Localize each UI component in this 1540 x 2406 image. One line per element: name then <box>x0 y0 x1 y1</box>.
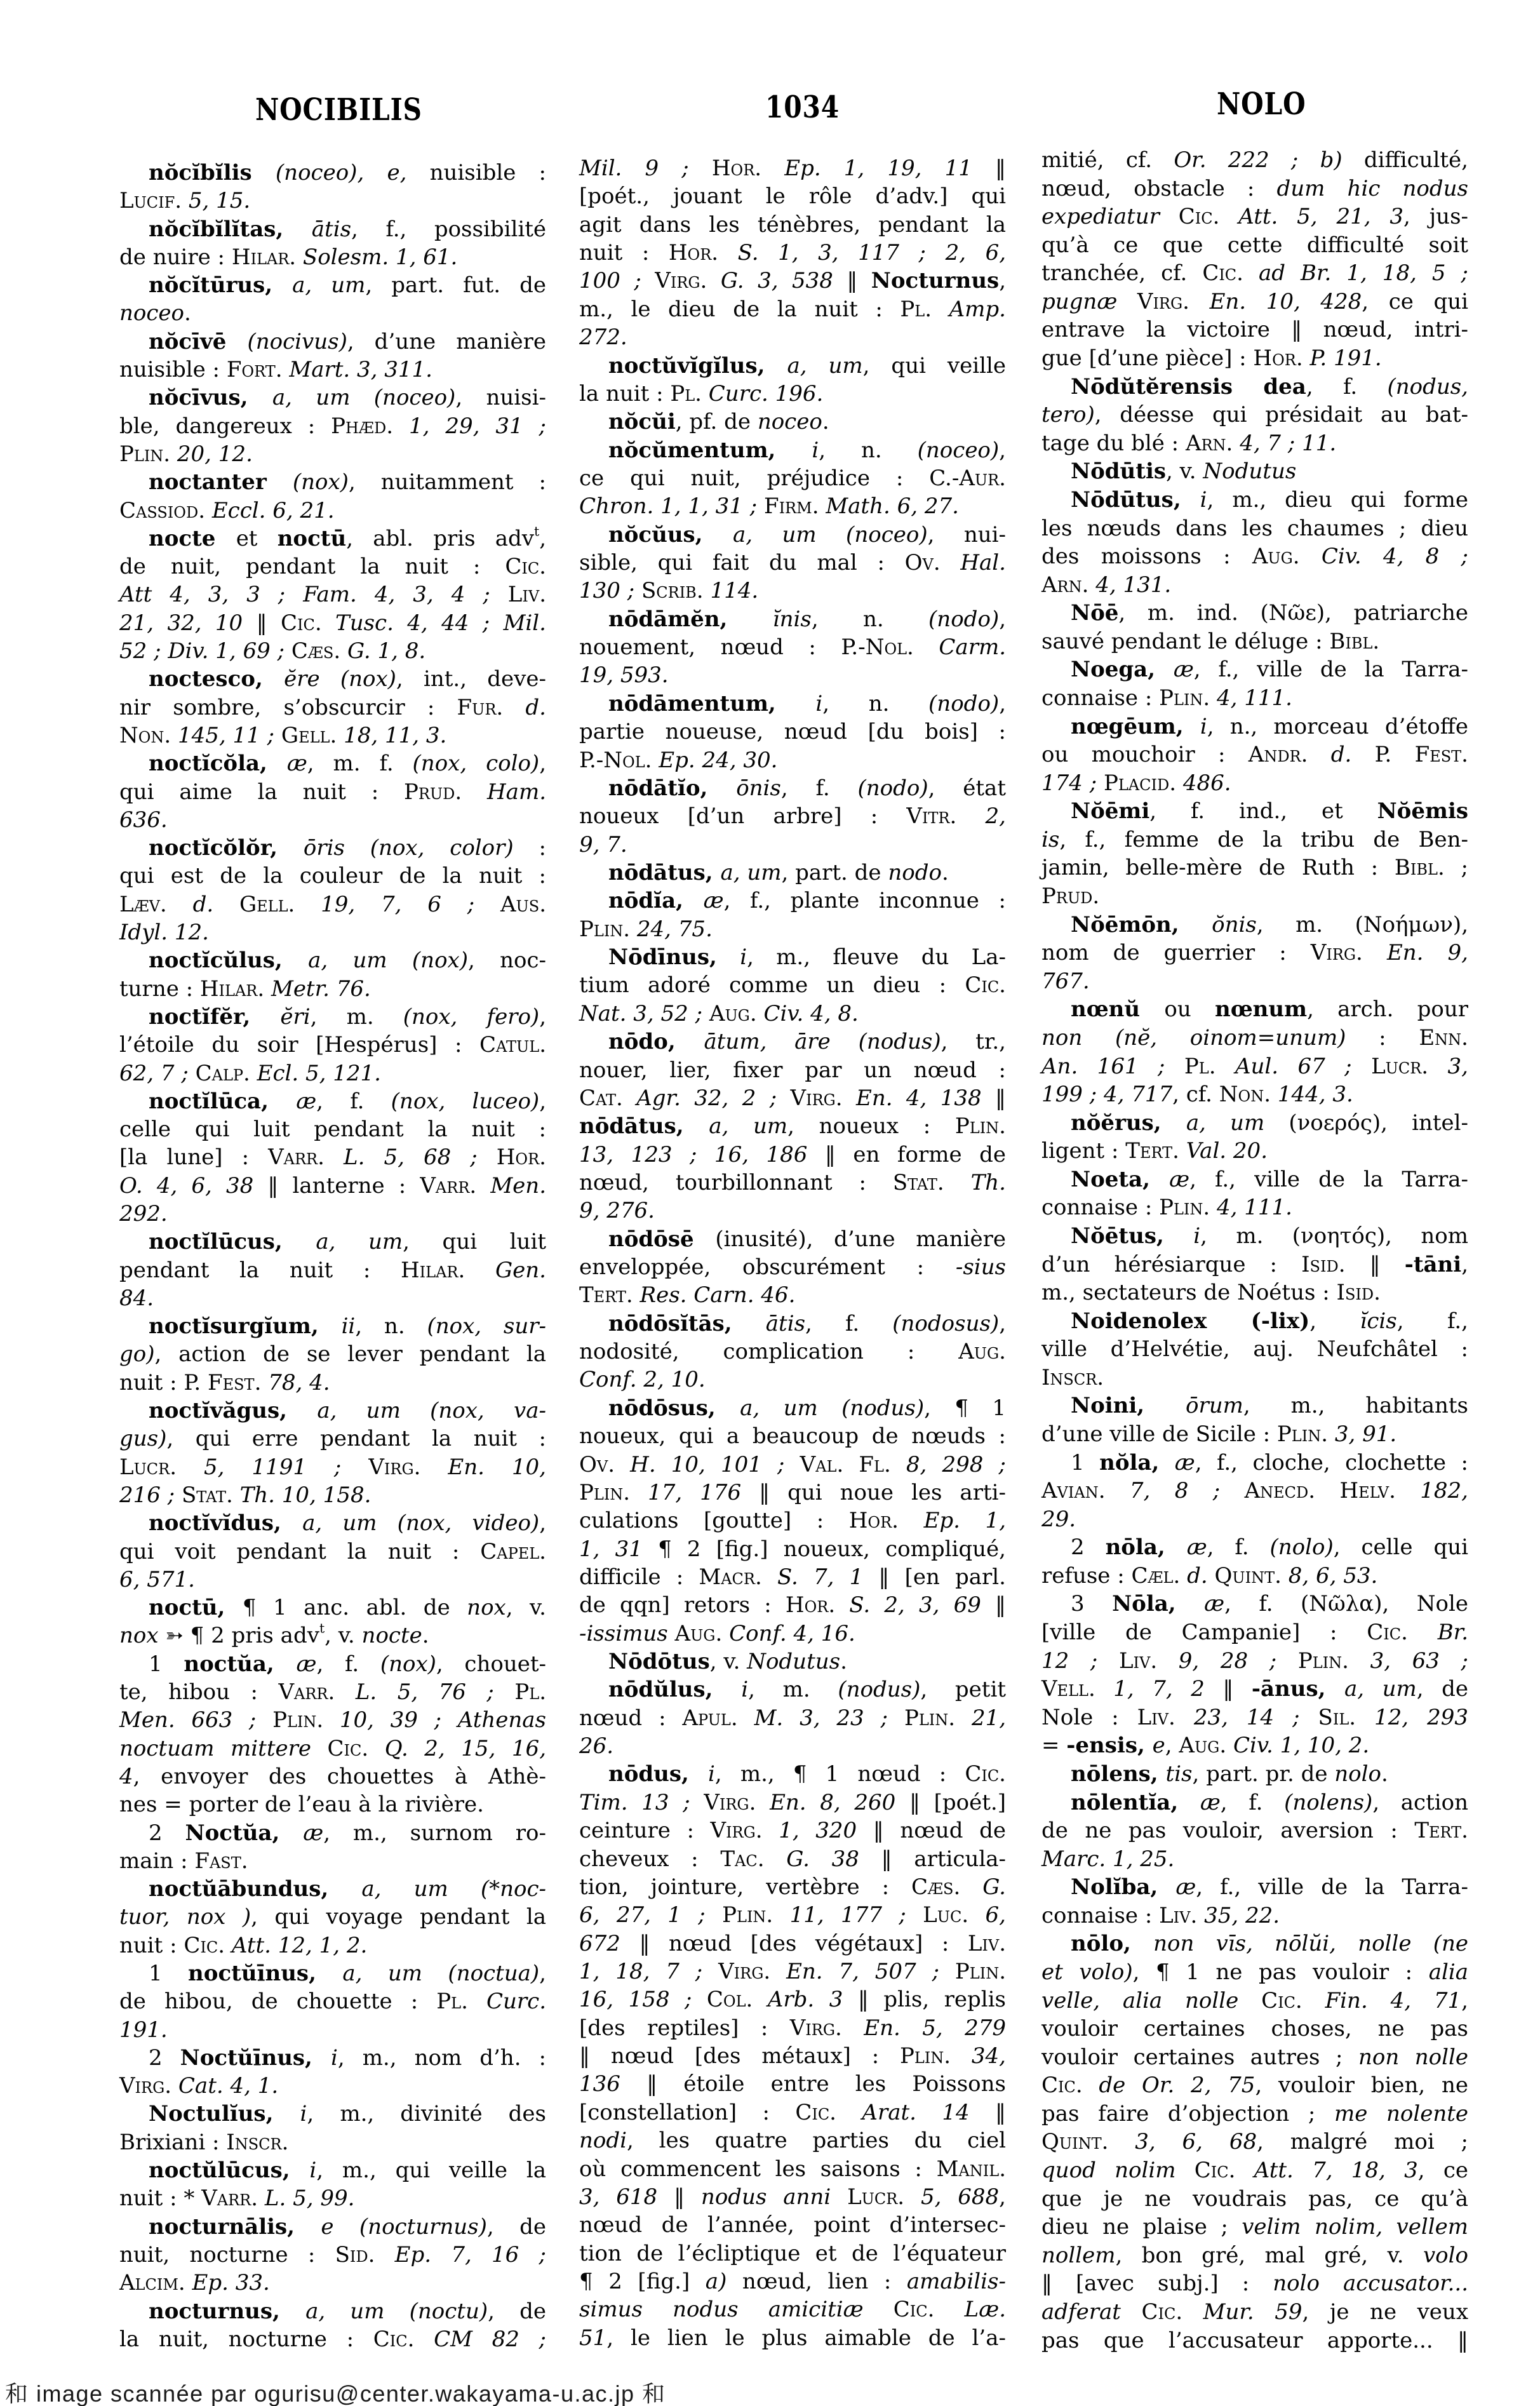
entry-line: nōlo, non vīs, nōlŭi, nolle (ne <box>1041 1930 1468 1958</box>
entry-line: Plin. 24, 75. <box>579 915 1006 943</box>
entry-line: gus), qui erre pendant la nuit : <box>119 1425 546 1453</box>
entry-line: entrave la victoire ‖ nœud, intri- <box>1041 316 1468 344</box>
entry-line: 16, 158 ; Col. Arb. 3 ‖ plis, replis <box>579 1986 1006 2013</box>
dictionary-entry: nōdātĭo, ōnis, f. (nodo), étatnoueux [d’… <box>579 774 1006 859</box>
entry-line: Nat. 3, 52 ; Aug. Civ. 4, 8. <box>579 1000 1006 1028</box>
entry-line: noctĭsurgĭum, ii, n. (nox, sur- <box>119 1312 546 1340</box>
entry-line: Brixiani : Inscr. <box>119 2128 546 2156</box>
entry-line: nōdōsĭtās, ātis, f. (nodosus), <box>579 1310 1006 1338</box>
entry-line: 216 ; Stat. Th. 10, 158. <box>119 1481 546 1509</box>
dictionary-entry: 1 noctŭīnus, a, um (noctua),de hibou, de… <box>119 1959 546 2044</box>
entry-line: qui aime la nuit : Prud. Ham. <box>119 778 546 806</box>
entry-line: 292. <box>119 1200 546 1228</box>
dictionary-entry: noctĭfĕr, ĕri, m. (nox, fero),l’étoile d… <box>119 1003 546 1087</box>
entry-line: Cic. de Or. 2, 75, vouloir bien, ne <box>1041 2071 1468 2100</box>
entry-line: Læv. d. Gell. 19, 7, 6 ; Aus. <box>119 890 546 918</box>
dictionary-entry: Noega, æ, f., ville de la Tarra-connaise… <box>1041 655 1468 712</box>
entry-line: tion de l’écliptique et de l’équateur <box>579 2240 1006 2268</box>
entry-line: partie noueuse, nœud [du bois] : <box>579 718 1006 746</box>
entry-line: nŏcĭtūrus, a, um, part. fut. de <box>119 271 546 299</box>
entry-line: simus nodus amicitiæ Cic. Læ. <box>579 2295 1006 2323</box>
dictionary-entry: noctĭcŏla, æ, m. f. (nox, colo),qui aime… <box>119 749 546 834</box>
entry-line: noctĭcŭlus, a, um (nox), noc- <box>119 946 546 974</box>
running-head-first-entry: NOCIBILIS <box>255 95 422 125</box>
entry-line: qui voit pendant la nuit : Capel. <box>119 1538 546 1566</box>
entry-line: cheveux : Tac. G. 38 ‖ articula- <box>579 1845 1006 1873</box>
entry-line: nes = porter de l’eau à la rivière. <box>119 1791 546 1818</box>
entry-line: nocturnālis, e (nocturnus), de <box>119 2213 546 2241</box>
entry-line: dieu ne plaise ; velim nolim, vellem <box>1041 2213 1468 2241</box>
entry-line: te, hibou : Varr. L. 5, 76 ; Pl. <box>119 1678 546 1706</box>
dictionary-column-right: mitié, cf. Or. 222 ; b) difficulté,nœud,… <box>1041 146 1468 2355</box>
entry-line: [poét., jouant le rôle d’adv.] qui <box>579 182 1006 210</box>
dictionary-entry: Noeta, æ, f., ville de la Tarra-connaise… <box>1041 1166 1468 1222</box>
entry-line: -issimus Aug. Conf. 4, 16. <box>579 1620 1006 1648</box>
running-head-last-entry: NOLO <box>1217 89 1306 119</box>
entry-line: 62, 7 ; Calp. Ecl. 5, 121. <box>119 1059 546 1087</box>
entry-line: connaise : Plin. 4, 111. <box>1041 1193 1468 1222</box>
entry-line: nuisible : Fort. Mart. 3, 311. <box>119 356 546 384</box>
entry-line: de nuit, pendant la nuit : Cic. <box>119 553 546 581</box>
dictionary-entry: 3 Nōla, æ, f. (Νῶλα), Nole[ville de Camp… <box>1041 1590 1468 1759</box>
dictionary-entry: noctĭcŭlus, a, um (nox), noc-turne : Hil… <box>119 946 546 1003</box>
entry-line: agit dans les ténèbres, pendant la <box>579 211 1006 239</box>
dictionary-entry: 1 nŏla, æ, f., cloche, clochette :Avian.… <box>1041 1449 1468 1534</box>
entry-line: Virg. Cat. 4, 1. <box>119 2072 546 2100</box>
dictionary-entry: nŏcĭbĭlĭtas, ātis, f., possibilitéde nui… <box>119 215 546 272</box>
page-number: 1034 <box>765 92 840 123</box>
dictionary-entry: noctĭlūcus, a, um, qui luitpendant la nu… <box>119 1228 546 1312</box>
entry-line: tage du blé : Arn. 4, 7 ; 11. <box>1041 429 1468 458</box>
entry-line: = -ensis, e, Aug. Civ. 1, 10, 2. <box>1041 1731 1468 1760</box>
dictionary-entry: noctesco, ĕre (nox), int., deve-nir somb… <box>119 665 546 749</box>
dictionary-entry: nōlens, tis, part. pr. de nolo. <box>1041 1760 1468 1789</box>
entry-line: 12 ; Liv. 9, 28 ; Plin. 3, 63 ; <box>1041 1647 1468 1676</box>
entry-line: nōdāmentum, i, n. (nodo), <box>579 690 1006 718</box>
entry-line: non (nĕ, oinom=unum) : Enn. <box>1041 1024 1468 1052</box>
entry-line: tium adoré comme un dieu : Cic. <box>579 971 1006 999</box>
entry-line: noctesco, ĕre (nox), int., deve- <box>119 665 546 693</box>
dictionary-entry: nōdāmĕn, ĭnis, n. (nodo),nouement, nœud … <box>579 605 1006 690</box>
entry-line: nuit : Cic. Att. 12, 1, 2. <box>119 1932 546 1959</box>
entry-line: Cassiod. Eccl. 6, 21. <box>119 497 546 525</box>
entry-line: nōdōsē (inusité), d’une manière <box>579 1225 1006 1253</box>
entry-line: nōlens, tis, part. pr. de nolo. <box>1041 1760 1468 1789</box>
entry-line: nōlentĭa, æ, f. (nolens), action <box>1041 1789 1468 1817</box>
entry-line: nox ➳ ¶ 2 pris advt, v. nocte. <box>119 1622 546 1650</box>
entry-line: 29. <box>1041 1505 1468 1534</box>
entry-line: Lucr. 5, 1191 ; Virg. En. 10, <box>119 1453 546 1481</box>
dictionary-entry: nōlentĭa, æ, f. (nolens), actionde ne pa… <box>1041 1789 1468 1874</box>
entry-line: de qqn] retors : Hor. S. 2, 3, 69 ‖ <box>579 1591 1006 1619</box>
dictionary-entry: nōdātus, a, um, part. de nodo. <box>579 859 1006 887</box>
entry-line: Tert. Res. Carn. 46. <box>579 1281 1006 1309</box>
entry-line: nouer, lier, fixer par un nœud : <box>579 1056 1006 1084</box>
entry-line: velle, alia nolle Cic. Fin. 4, 71, <box>1041 1987 1468 2015</box>
entry-line: Cat. Agr. 32, 2 ; Virg. En. 4, 138 ‖ <box>579 1084 1006 1112</box>
entry-line: O. 4, 6, 38 ‖ lanterne : Varr. Men. <box>119 1172 546 1200</box>
entry-line: difficile : Macr. S. 7, 1 ‖ [en parl. <box>579 1563 1006 1591</box>
entry-line: go), action de se lever pendant la <box>119 1340 546 1368</box>
dictionary-entry: Nōdōtus, v. Nodutus. <box>579 1648 1006 1676</box>
entry-line: 1, 31 ¶ 2 [fig.] noueux, compliqué, <box>579 1535 1006 1563</box>
entry-line: nouement, nœud : P.-Nol. Carm. <box>579 633 1006 661</box>
entry-line: noctanter (nox), nuitamment : <box>119 468 546 496</box>
entry-line: Nŏētus, i, m. (νοητός), nom <box>1041 1222 1468 1251</box>
entry-line: Prud. <box>1041 882 1468 911</box>
entry-line: 1, 18, 7 ; Virg. En. 7, 507 ; Plin. <box>579 1958 1006 1986</box>
dictionary-entry: noctŭvĭgĭlus, a, um, qui veillela nuit :… <box>579 352 1006 408</box>
entry-line: noueux [d’un arbre] : Vitr. 2, <box>579 802 1006 830</box>
entry-line: noctĭcŏlŏr, ōris (nox, color) : <box>119 834 546 862</box>
entry-line: Noctulĭus, i, m., divinité des <box>119 2100 546 2128</box>
entry-line: Nole : Liv. 23, 14 ; Sil. 12, 293 <box>1041 1704 1468 1732</box>
entry-line: tuor, nox ), qui voyage pendant la <box>119 1903 546 1931</box>
entry-line: 2 Noctŭīnus, i, m., nom d’h. : <box>119 2044 546 2072</box>
entry-line: ce qui nuit, préjudice : C.-Aur. <box>579 464 1006 492</box>
entry-line: nuit, nocturne : Sid. Ep. 7, 16 ; <box>119 2241 546 2269</box>
entry-line: Nōē, m. ind. (Νῶε), patriarche <box>1041 599 1468 628</box>
entry-line: 9, 276. <box>579 1197 1006 1225</box>
entry-line: [ville de Campanie] : Cic. Br. <box>1041 1618 1468 1647</box>
entry-line: nollem, bon gré, mal gré, v. volo <box>1041 2241 1468 2270</box>
entry-line: Tim. 13 ; Virg. En. 8, 260 ‖ [poét.] <box>579 1789 1006 1817</box>
entry-line: Nolĭba, æ, f., ville de la Tarra- <box>1041 1873 1468 1902</box>
entry-line: 199 ; 4, 717, cf. Non. 144, 3. <box>1041 1080 1468 1109</box>
dictionary-entry: nōdŭlus, i, m. (nodus), petitnœud : Apul… <box>579 1676 1006 1760</box>
entry-line: noctĭvĭdus, a, um (nox, video), <box>119 1509 546 1537</box>
entry-line: P.-Nol. Ep. 24, 30. <box>579 746 1006 774</box>
dictionary-entry: noctanter (nox), nuitamment :Cassiod. Ec… <box>119 468 546 525</box>
dictionary-entry: nocturnus, a, um (noctu), dela nuit, noc… <box>119 2297 546 2354</box>
entry-line: 636. <box>119 806 546 834</box>
entry-line: 272. <box>579 323 1006 351</box>
dictionary-entry: nŏcŭus, a, um (noceo), nui-sible, qui fa… <box>579 521 1006 605</box>
dictionary-entry: nocturnālis, e (nocturnus), denuit, noct… <box>119 2213 546 2297</box>
entry-line: d’un hérésiarque : Isid. ‖ -tāni, <box>1041 1251 1468 1279</box>
dictionary-entry: Nŏētus, i, m. (νοητός), nomd’un hérésiar… <box>1041 1222 1468 1307</box>
entry-line: Nŏēmi, f. ind., et Nŏēmis <box>1041 797 1468 826</box>
entry-line: sauvé pendant le déluge : Bibl. <box>1041 628 1468 656</box>
entry-line: quod nolim Cic. Att. 7, 18, 3, ce <box>1041 2156 1468 2185</box>
entry-line: qui est de la couleur de la nuit : <box>119 862 546 890</box>
entry-line: ville d’Helvétie, auj. Neufchâtel : <box>1041 1335 1468 1364</box>
entry-line: que je ne voudrais pas, ce qu’à <box>1041 2185 1468 2214</box>
dictionary-entry: noctĭlūca, æ, f. (nox, luceo),celle qui … <box>119 1087 546 1228</box>
entry-line: Vell. 1, 7, 2 ‖ -ānus, a, um, de <box>1041 1675 1468 1704</box>
entry-line: nœud : Apul. M. 3, 23 ; Plin. 21, <box>579 1704 1006 1732</box>
entry-line: ou mouchoir : Andr. d. P. Fest. <box>1041 741 1468 769</box>
entry-line: noceo. <box>119 299 546 327</box>
entry-line: nōdo, ātum, āre (nodus), tr., <box>579 1028 1006 1056</box>
dictionary-entry: noctĭvĭdus, a, um (nox, video),qui voit … <box>119 1509 546 1594</box>
entry-line: [constellation] : Cic. Arat. 14 ‖ <box>579 2099 1006 2127</box>
entry-line: de hibou, de chouette : Pl. Curc. <box>119 1987 546 2015</box>
entry-line: nuit : Hor. S. 1, 3, 117 ; 2, 6, <box>579 239 1006 267</box>
entry-line: 26. <box>579 1732 1006 1760</box>
dictionary-column-middle: Mil. 9 ; Hor. Ep. 1, 19, 11 ‖[poét., jou… <box>579 154 1006 2352</box>
entry-line: noctŭābundus, a, um (*noc- <box>119 1875 546 1903</box>
entry-line: ble, dangereux : Phæd. 1, 29, 31 ; <box>119 412 546 440</box>
entry-line: pugnæ Virg. En. 10, 428, ce qui <box>1041 288 1468 316</box>
dictionary-entry: nŏĕrus, a, um (νοερός), intel-ligent : T… <box>1041 1109 1468 1166</box>
entry-line: Nōdŭtĕrensis dea, f. (nodus, <box>1041 373 1468 401</box>
entry-line: vouloir certaines choses, ne pas <box>1041 2015 1468 2043</box>
entry-line: Att 4, 3, 3 ; Fam. 4, 3, 4 ; Liv. <box>119 581 546 608</box>
entry-line: Mil. 9 ; Hor. Ep. 1, 19, 11 ‖ <box>579 154 1006 182</box>
entry-line: 3, 618 ‖ nodus anni Lucr. 5, 688, <box>579 2183 1006 2211</box>
entry-line: la nuit, nocturne : Cic. CM 82 ; <box>119 2325 546 2353</box>
entry-line: noctuam mittere Cic. Q. 2, 15, 16, <box>119 1735 546 1763</box>
dictionary-entry: noctŭābundus, a, um (*noc-tuor, nox ), q… <box>119 1875 546 1959</box>
entry-line: Nōdūtus, i, m., dieu qui forme <box>1041 486 1468 514</box>
entry-line: ‖ nœud [des métaux] : Plin. 34, <box>579 2042 1006 2070</box>
entry-line: 672 ‖ nœud [des végétaux] : Liv. <box>579 1930 1006 1958</box>
dictionary-entry: noctĭcŏlŏr, ōris (nox, color) :qui est d… <box>119 834 546 946</box>
entry-line: nom de guerrier : Virg. En. 9, <box>1041 939 1468 967</box>
entry-line: 6, 27, 1 ; Plin. 11, 177 ; Luc. 6, <box>579 1901 1006 1929</box>
entry-line: 52 ; Div. 1, 69 ; Cæs. G. 1, 8. <box>119 637 546 665</box>
entry-line: de nuire : Hilar. Solesm. 1, 61. <box>119 243 546 271</box>
entry-line: nuit : P. Fest. 78, 4. <box>119 1369 546 1397</box>
entry-line: 3 Nōla, æ, f. (Νῶλα), Nole <box>1041 1590 1468 1618</box>
entry-line: jamin, belle-mère de Ruth : Bibl. ; <box>1041 854 1468 882</box>
entry-line: tero), déesse qui présidait au bat- <box>1041 401 1468 429</box>
dictionary-entry: nœnŭ ou nœnum, arch. pournon (nĕ, oinom=… <box>1041 995 1468 1108</box>
entry-line: la nuit : Pl. Curc. 196. <box>579 380 1006 408</box>
entry-line: nœud, tourbillonnant : Stat. Th. <box>579 1169 1006 1197</box>
dictionary-entry: Nōdŭtĕrensis dea, f. (nodus,tero), déess… <box>1041 373 1468 458</box>
dictionary-entry: Mil. 9 ; Hor. Ep. 1, 19, 11 ‖[poét., jou… <box>579 154 1006 352</box>
dictionary-entry: nōdĭa, æ, f., plante inconnue :Plin. 24,… <box>579 887 1006 943</box>
entry-line: noctĭfĕr, ĕri, m. (nox, fero), <box>119 1003 546 1031</box>
dictionary-entry: noctĭsurgĭum, ii, n. (nox, sur-go), acti… <box>119 1312 546 1397</box>
entry-line: où commencent les saisons : Manil. <box>579 2155 1006 2183</box>
dictionary-entry: Nŏēmi, f. ind., et Nŏēmisis, f., femme d… <box>1041 797 1468 910</box>
entry-line: 1 nŏla, æ, f., cloche, clochette : <box>1041 1449 1468 1477</box>
entry-line: celle qui luit pendant la nuit : <box>119 1115 546 1143</box>
entry-line: 100 ; Virg. G. 3, 538 ‖ Nocturnus, <box>579 267 1006 295</box>
dictionary-entry: nōdus, i, m., ¶ 1 nœud : Cic.Tim. 13 ; V… <box>579 1760 1006 2352</box>
entry-line: nŏcĭbĭlis (noceo), e, nuisible : <box>119 159 546 187</box>
entry-line: nœgēum, i, n., morceau d’étoffe <box>1041 713 1468 741</box>
entry-line: Plin. 17, 176 ‖ qui noue les arti- <box>579 1479 1006 1507</box>
entry-line: 2 Noctŭa, æ, m., surnom ro- <box>119 1819 546 1847</box>
entry-line: culations [goutte] : Hor. Ep. 1, <box>579 1507 1006 1535</box>
entry-line: noctŭlūcus, i, m., qui veille la <box>119 2156 546 2184</box>
dictionary-entry: Nolĭba, æ, f., ville de la Tarra-connais… <box>1041 1873 1468 1930</box>
entry-line: connaise : Plin. 4, 111. <box>1041 684 1468 713</box>
entry-line: nōdŭlus, i, m. (nodus), petit <box>579 1676 1006 1704</box>
dictionary-entry: nōdōsĭtās, ātis, f. (nodosus),nodosité, … <box>579 1310 1006 1394</box>
entry-line: 2 nōla, æ, f. (nolo), celle qui <box>1041 1533 1468 1562</box>
entry-line: pas que l’accusateur apporte... ‖ <box>1041 2327 1468 2355</box>
dictionary-entry: nōdōsē (inusité), d’une manièreenveloppé… <box>579 1225 1006 1310</box>
entry-line: des moissons : Aug. Civ. 4, 8 ; <box>1041 542 1468 571</box>
dictionary-entry: mitié, cf. Or. 222 ; b) difficulté,nœud,… <box>1041 146 1468 373</box>
entry-line: turne : Hilar. Metr. 76. <box>119 975 546 1003</box>
entry-line: Alcim. Ep. 33. <box>119 2269 546 2297</box>
entry-line: noctū, ¶ 1 anc. abl. de nox, v. <box>119 1594 546 1622</box>
entry-line: main : Fast. <box>119 1847 546 1875</box>
entry-line: 9, 7. <box>579 831 1006 859</box>
entry-line: m., le dieu de la nuit : Pl. Amp. <box>579 295 1006 323</box>
entry-line: Noega, æ, f., ville de la Tarra- <box>1041 655 1468 684</box>
entry-line: 13, 123 ; 16, 186 ‖ en forme de <box>579 1141 1006 1169</box>
dictionary-entry: noctŭlūcus, i, m., qui veille lanuit : *… <box>119 2156 546 2213</box>
entry-line: nŏĕrus, a, um (νοερός), intel- <box>1041 1109 1468 1138</box>
entry-line: nuit : * Varr. L. 5, 99. <box>119 2184 546 2212</box>
entry-line: 21, 32, 10 ‖ Cic. Tusc. 4, 44 ; Mil. <box>119 609 546 637</box>
dictionary-entry: Nōdīnus, i, m., fleuve du La-tium adoré … <box>579 943 1006 1028</box>
entry-line: enveloppée, obscurément : -sius <box>579 1253 1006 1281</box>
entry-line: qu’à ce que cette difficulté soit <box>1041 231 1468 260</box>
entry-line: noueux, qui a beaucoup de nœuds : <box>579 1422 1006 1450</box>
dictionary-entry: 2 Noctŭīnus, i, m., nom d’h. :Virg. Cat.… <box>119 2044 546 2100</box>
entry-line: 174 ; Placid. 486. <box>1041 769 1468 798</box>
entry-line: nœud, obstacle : dum hic nodus <box>1041 175 1468 203</box>
entry-line: et volo), ¶ 1 ne pas vouloir : alia <box>1041 1958 1468 1987</box>
entry-line: nŏcīvē (nocivus), d’une manière <box>119 328 546 356</box>
entry-line: refuse : Cæl. d. Quint. 8, 6, 53. <box>1041 1562 1468 1590</box>
dictionary-entry: Nŏēmōn, ŏnis, m. (Νοήμων),nom de guerrie… <box>1041 911 1468 996</box>
entry-line: expediatur Cic. Att. 5, 21, 3, jus- <box>1041 203 1468 231</box>
entry-line: Ov. H. 10, 101 ; Val. Fl. 8, 298 ; <box>579 1451 1006 1479</box>
entry-line: Conf. 2, 10. <box>579 1366 1006 1394</box>
dictionary-entry: Noini, ōrum, m., habitantsd’une ville de… <box>1041 1392 1468 1448</box>
entry-line: 767. <box>1041 967 1468 996</box>
entry-line: nŏcŭus, a, um (noceo), nui- <box>579 521 1006 549</box>
entry-line: 6, 571. <box>119 1566 546 1594</box>
entry-line: Quint. 3, 6, 68, malgré moi ; <box>1041 2128 1468 2156</box>
dictionary-entry: noctĭvăgus, a, um (nox, va-gus), qui err… <box>119 1397 546 1509</box>
dictionary-entry: 2 nōla, æ, f. (nolo), celle quirefuse : … <box>1041 1533 1468 1590</box>
entry-line: Idyl. 12. <box>119 918 546 946</box>
entry-line: d’une ville de Sicile : Plin. 3, 91. <box>1041 1420 1468 1449</box>
entry-line: 4, envoyer des chouettes à Athè- <box>119 1763 546 1791</box>
dictionary-entry: nŏcŭmentum, i, n. (noceo),ce qui nuit, p… <box>579 436 1006 521</box>
entry-line: noctŭvĭgĭlus, a, um, qui veille <box>579 352 1006 380</box>
dictionary-entry: Nōdūtus, i, m., dieu qui formeles nœuds … <box>1041 486 1468 599</box>
dictionary-entry: nocte et noctū, abl. pris advt,de nuit, … <box>119 525 546 665</box>
entry-line: connaise : Liv. 35, 22. <box>1041 1902 1468 1930</box>
entry-line: pas faire d’objection ; me nolente <box>1041 2100 1468 2128</box>
entry-line: 84. <box>119 1284 546 1312</box>
entry-line: nocte et noctū, abl. pris advt, <box>119 525 546 553</box>
entry-line: ceinture : Virg. 1, 320 ‖ nœud de <box>579 1817 1006 1845</box>
entry-line: l’étoile du soir [Hespérus] : Catul. <box>119 1031 546 1059</box>
dictionary-page: NOCIBILIS 1034 NOLO nŏcĭbĭlis (noceo), e… <box>0 0 1540 2406</box>
entry-line: Non. 145, 11 ; Gell. 18, 11, 3. <box>119 722 546 749</box>
entry-line: tion, jointure, vertèbre : Cæs. G. <box>579 1873 1006 1901</box>
entry-line: gue [d’une pièce] : Hor. P. 191. <box>1041 344 1468 373</box>
dictionary-entry: Noctulĭus, i, m., divinité desBrixiani :… <box>119 2100 546 2156</box>
entry-line: 1 noctŭa, æ, f. (nox), chouet- <box>119 1650 546 1678</box>
entry-line: Noeta, æ, f., ville de la Tarra- <box>1041 1166 1468 1194</box>
entry-line: 130 ; Scrib. 114. <box>579 577 1006 605</box>
entry-line: [des reptiles] : Virg. En. 5, 279 <box>579 2014 1006 2042</box>
entry-line: nōdāmĕn, ĭnis, n. (nodo), <box>579 605 1006 633</box>
entry-line: noctĭlūcus, a, um, qui luit <box>119 1228 546 1256</box>
entry-line: m., sectateurs de Noétus : Isid. <box>1041 1279 1468 1307</box>
entry-line: An. 161 ; Pl. Aul. 67 ; Lucr. 3, <box>1041 1052 1468 1081</box>
entry-line: tranchée, cf. Cic. ad Br. 1, 18, 5 ; <box>1041 259 1468 288</box>
entry-line: nŏcĭbĭlĭtas, ātis, f., possibilité <box>119 215 546 243</box>
entry-line: nodi, les quatre parties du ciel <box>579 2127 1006 2154</box>
entry-line: Avian. 7, 8 ; Anecd. Helv. 182, <box>1041 1477 1468 1505</box>
entry-line: [la lune] : Varr. L. 5, 68 ; Hor. <box>119 1143 546 1171</box>
entry-line: vouloir certaines autres ; non nolle <box>1041 2043 1468 2072</box>
entry-line: Nōdīnus, i, m., fleuve du La- <box>579 943 1006 971</box>
entry-line: les nœuds dans les chaumes ; dieu <box>1041 514 1468 543</box>
entry-line: Nōdūtis, v. Nodutus <box>1041 457 1468 486</box>
entry-line: 191. <box>119 2016 546 2044</box>
entry-line: Inscr. <box>1041 1364 1468 1392</box>
entry-line: nōdātus, a, um, part. de nodo. <box>579 859 1006 887</box>
dictionary-entry: nōdāmentum, i, n. (nodo),partie noueuse,… <box>579 690 1006 774</box>
entry-line: Nōdōtus, v. Nodutus. <box>579 1648 1006 1676</box>
entry-line: nŏcīvus, a, um (noceo), nuisi- <box>119 384 546 412</box>
entry-line: nōdĭa, æ, f., plante inconnue : <box>579 887 1006 915</box>
dictionary-entry: nŏcĭtūrus, a, um, part. fut. denoceo. <box>119 271 546 328</box>
entry-line: Lucif. 5, 15. <box>119 187 546 215</box>
entry-line: ligent : Tert. Val. 20. <box>1041 1137 1468 1166</box>
dictionary-entry: nōdo, ātum, āre (nodus), tr.,nouer, lier… <box>579 1028 1006 1225</box>
entry-line: nōdōsus, a, um (nodus), ¶ 1 <box>579 1394 1006 1422</box>
dictionary-column-left: nŏcĭbĭlis (noceo), e, nuisible :Lucif. 5… <box>119 159 546 2353</box>
dictionary-entry: nōlo, non vīs, nōlŭi, nolle (neet volo),… <box>1041 1930 1468 2355</box>
entry-line: pendant la nuit : Hilar. Gen. <box>119 1256 546 1284</box>
entry-line: Noidenolex (-lix), ĭcis, f., <box>1041 1307 1468 1336</box>
entry-line: 19, 593. <box>579 661 1006 689</box>
entry-line: nodosité, complication : Aug. <box>579 1338 1006 1366</box>
entry-line: noctĭcŏla, æ, m. f. (nox, colo), <box>119 749 546 777</box>
entry-line: noctĭvăgus, a, um (nox, va- <box>119 1397 546 1425</box>
entry-line: nœnŭ ou nœnum, arch. pour <box>1041 995 1468 1024</box>
dictionary-entry: nŏcīvē (nocivus), d’une manièrenuisible … <box>119 328 546 384</box>
entry-line: ¶ 2 [fig.] a) nœud, lien : amabilis- <box>579 2268 1006 2295</box>
entry-line: Nŏēmōn, ŏnis, m. (Νοήμων), <box>1041 911 1468 939</box>
entry-line: Plin. 20, 12. <box>119 440 546 468</box>
entry-line: nœud de l’année, point d’intersec- <box>579 2211 1006 2239</box>
dictionary-entry: nœgēum, i, n., morceau d’étoffeou moucho… <box>1041 713 1468 798</box>
entry-line: noctĭlūca, æ, f. (nox, luceo), <box>119 1087 546 1115</box>
entry-line: mitié, cf. Or. 222 ; b) difficulté, <box>1041 146 1468 175</box>
entry-line: 1 noctŭīnus, a, um (noctua), <box>119 1959 546 1987</box>
entry-line: Noini, ōrum, m., habitants <box>1041 1392 1468 1420</box>
dictionary-entry: 1 noctŭa, æ, f. (nox), chouet-te, hibou … <box>119 1650 546 1819</box>
entry-line: nōdātus, a, um, noueux : Plin. <box>579 1112 1006 1140</box>
entry-line: 51, le lien le plus aimable de l’a- <box>579 2324 1006 2352</box>
dictionary-entry: nŏcĭbĭlis (noceo), e, nuisible :Lucif. 5… <box>119 159 546 215</box>
entry-line: nir sombre, s’obscurcir : Fur. d. <box>119 694 546 722</box>
entry-line: Men. 663 ; Plin. 10, 39 ; Athenas <box>119 1706 546 1734</box>
entry-line: sible, qui fait du mal : Ov. Hal. <box>579 549 1006 577</box>
dictionary-entry: Nōē, m. ind. (Νῶε), patriarchesauvé pend… <box>1041 599 1468 655</box>
entry-line: nŏcŭmentum, i, n. (noceo), <box>579 436 1006 464</box>
entry-line: is, f., femme de la tribu de Ben- <box>1041 826 1468 854</box>
entry-line: ‖ [avec subj.] : nolo accusator... <box>1041 2269 1468 2298</box>
scan-credit: 和 image scannée par ogurisu@center.wakay… <box>5 2382 666 2405</box>
entry-line: Marc. 1, 25. <box>1041 1845 1468 1874</box>
entry-line: nōdus, i, m., ¶ 1 nœud : Cic. <box>579 1760 1006 1788</box>
entry-line: Arn. 4, 131. <box>1041 571 1468 600</box>
entry-line: 136 ‖ étoile entre les Poissons <box>579 2070 1006 2098</box>
dictionary-entry: nŏcŭi, pf. de noceo. <box>579 408 1006 436</box>
entry-line: nocturnus, a, um (noctu), de <box>119 2297 546 2325</box>
dictionary-entry: nŏcīvus, a, um (noceo), nuisi-ble, dange… <box>119 384 546 468</box>
dictionary-entry: 2 Noctŭa, æ, m., surnom ro-main : Fast. <box>119 1819 546 1876</box>
